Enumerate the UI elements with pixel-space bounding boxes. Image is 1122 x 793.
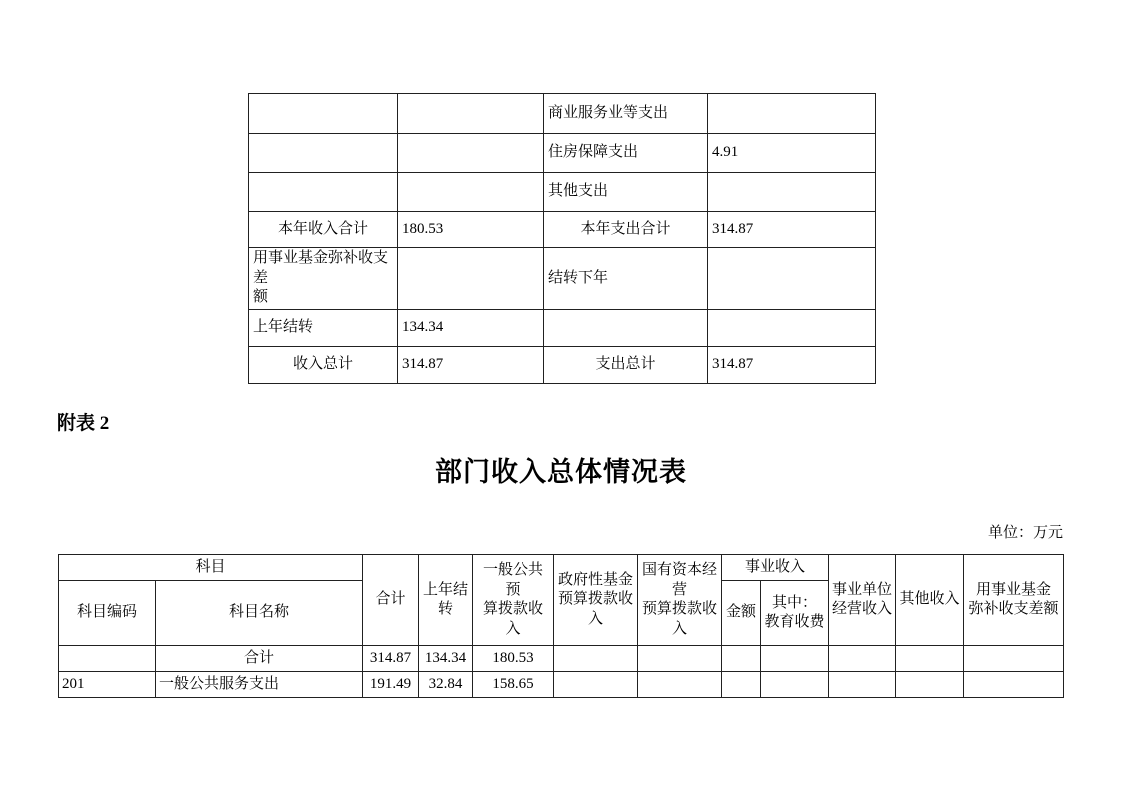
cell-income-grandtotal-value: 314.87 (398, 346, 544, 383)
header-gov-fund-budget: 政府性基金 预算拨款收 入 (554, 555, 638, 646)
cell-expense-value (708, 173, 876, 212)
cell-income-grandtotal-label: 收入总计 (249, 346, 398, 383)
annex-label: 附表 2 (57, 408, 109, 435)
cell-carryover-next-label: 结转下年 (544, 248, 708, 310)
table-row: 用事业基金弥补收支差 额 结转下年 (249, 248, 876, 310)
cell-fund-cover (964, 672, 1064, 698)
cell-education-fee (761, 646, 829, 672)
summary-table: 商业服务业等支出 住房保障支出 4.91 其他支出 本年收入合计 180.53 … (248, 93, 876, 384)
table-row: 住房保障支出 4.91 (249, 134, 876, 173)
header-business-income-group: 事业收入 (722, 555, 829, 581)
header-fund-cover-balance: 用事业基金 弥补收支差额 (964, 555, 1064, 646)
header-education-fee: 其中： 教育收费 (761, 581, 829, 646)
cell-expense-label: 商业服务业等支出 (544, 94, 708, 134)
cell-expense-total-value: 314.87 (708, 212, 876, 248)
table-row: 其他支出 (249, 173, 876, 212)
cell-fund-balance-label: 用事业基金弥补收支差 额 (249, 248, 398, 310)
cell-state-capital (638, 672, 722, 698)
cell-expense-value: 4.91 (708, 134, 876, 173)
cell-state-capital (638, 646, 722, 672)
cell (398, 94, 544, 134)
header-prev-year-carryover: 上年结 转 (419, 555, 473, 646)
table-row: 上年结转 134.34 (249, 309, 876, 346)
page-title: 部门收入总体情况表 (0, 450, 1122, 489)
cell (398, 134, 544, 173)
cell-fund-cover (964, 646, 1064, 672)
cell (249, 173, 398, 212)
table-row: 收入总计 314.87 支出总计 314.87 (249, 346, 876, 383)
cell-income-total-value: 180.53 (398, 212, 544, 248)
budget-document-page: 商业服务业等支出 住房保障支出 4.91 其他支出 本年收入合计 180.53 … (0, 0, 1122, 793)
cell-amount (722, 646, 761, 672)
cell-expense-label: 住房保障支出 (544, 134, 708, 173)
table-row: 201 一般公共服务支出 191.49 32.84 158.65 (59, 672, 1064, 698)
cell-code: 201 (59, 672, 156, 698)
cell-prev-carryover-label: 上年结转 (249, 309, 398, 346)
cell-gov-fund (554, 646, 638, 672)
cell-other-income (896, 672, 964, 698)
cell (708, 248, 876, 310)
cell-general-public: 180.53 (473, 646, 554, 672)
header-total: 合计 (363, 555, 419, 646)
cell-total: 191.49 (363, 672, 419, 698)
header-business-unit-operating: 事业单位 经营收入 (829, 555, 896, 646)
table-row: 合计 314.87 134.34 180.53 (59, 646, 1064, 672)
cell-other-income (896, 646, 964, 672)
cell-expense-grandtotal-value: 314.87 (708, 346, 876, 383)
cell-prev-carryover: 32.84 (419, 672, 473, 698)
cell (398, 173, 544, 212)
cell (544, 309, 708, 346)
cell (249, 94, 398, 134)
cell-expense-label: 其他支出 (544, 173, 708, 212)
cell-name: 合计 (156, 646, 363, 672)
cell-gov-fund (554, 672, 638, 698)
cell-expense-value (708, 94, 876, 134)
header-subject-group: 科目 (59, 555, 363, 581)
unit-label: 单位：万元 (988, 521, 1063, 542)
cell-expense-grandtotal-label: 支出总计 (544, 346, 708, 383)
header-other-income: 其他收入 (896, 555, 964, 646)
cell-prev-carryover: 134.34 (419, 646, 473, 672)
table-row: 商业服务业等支出 (249, 94, 876, 134)
header-amount: 金额 (722, 581, 761, 646)
header-general-public-budget: 一般公共预 算拨款收入 (473, 555, 554, 646)
cell-general-public: 158.65 (473, 672, 554, 698)
cell (249, 134, 398, 173)
cell-business-operating (829, 672, 896, 698)
header-subject-code: 科目编码 (59, 581, 156, 646)
cell-income-total-label: 本年收入合计 (249, 212, 398, 248)
cell-expense-total-label: 本年支出合计 (544, 212, 708, 248)
cell-total: 314.87 (363, 646, 419, 672)
cell-code (59, 646, 156, 672)
cell (708, 309, 876, 346)
cell-prev-carryover-value: 134.34 (398, 309, 544, 346)
cell-education-fee (761, 672, 829, 698)
header-subject-name: 科目名称 (156, 581, 363, 646)
income-overview-table: 科目 合计 上年结 转 一般公共预 算拨款收入 政府性基金 预算拨款收 入 国有… (58, 554, 1064, 698)
cell-business-operating (829, 646, 896, 672)
table-row: 本年收入合计 180.53 本年支出合计 314.87 (249, 212, 876, 248)
header-state-capital-budget: 国有资本经 营 预算拨款收 入 (638, 555, 722, 646)
cell-amount (722, 672, 761, 698)
cell (398, 248, 544, 310)
header-row: 科目 合计 上年结 转 一般公共预 算拨款收入 政府性基金 预算拨款收 入 国有… (59, 555, 1064, 581)
cell-name: 一般公共服务支出 (156, 672, 363, 698)
